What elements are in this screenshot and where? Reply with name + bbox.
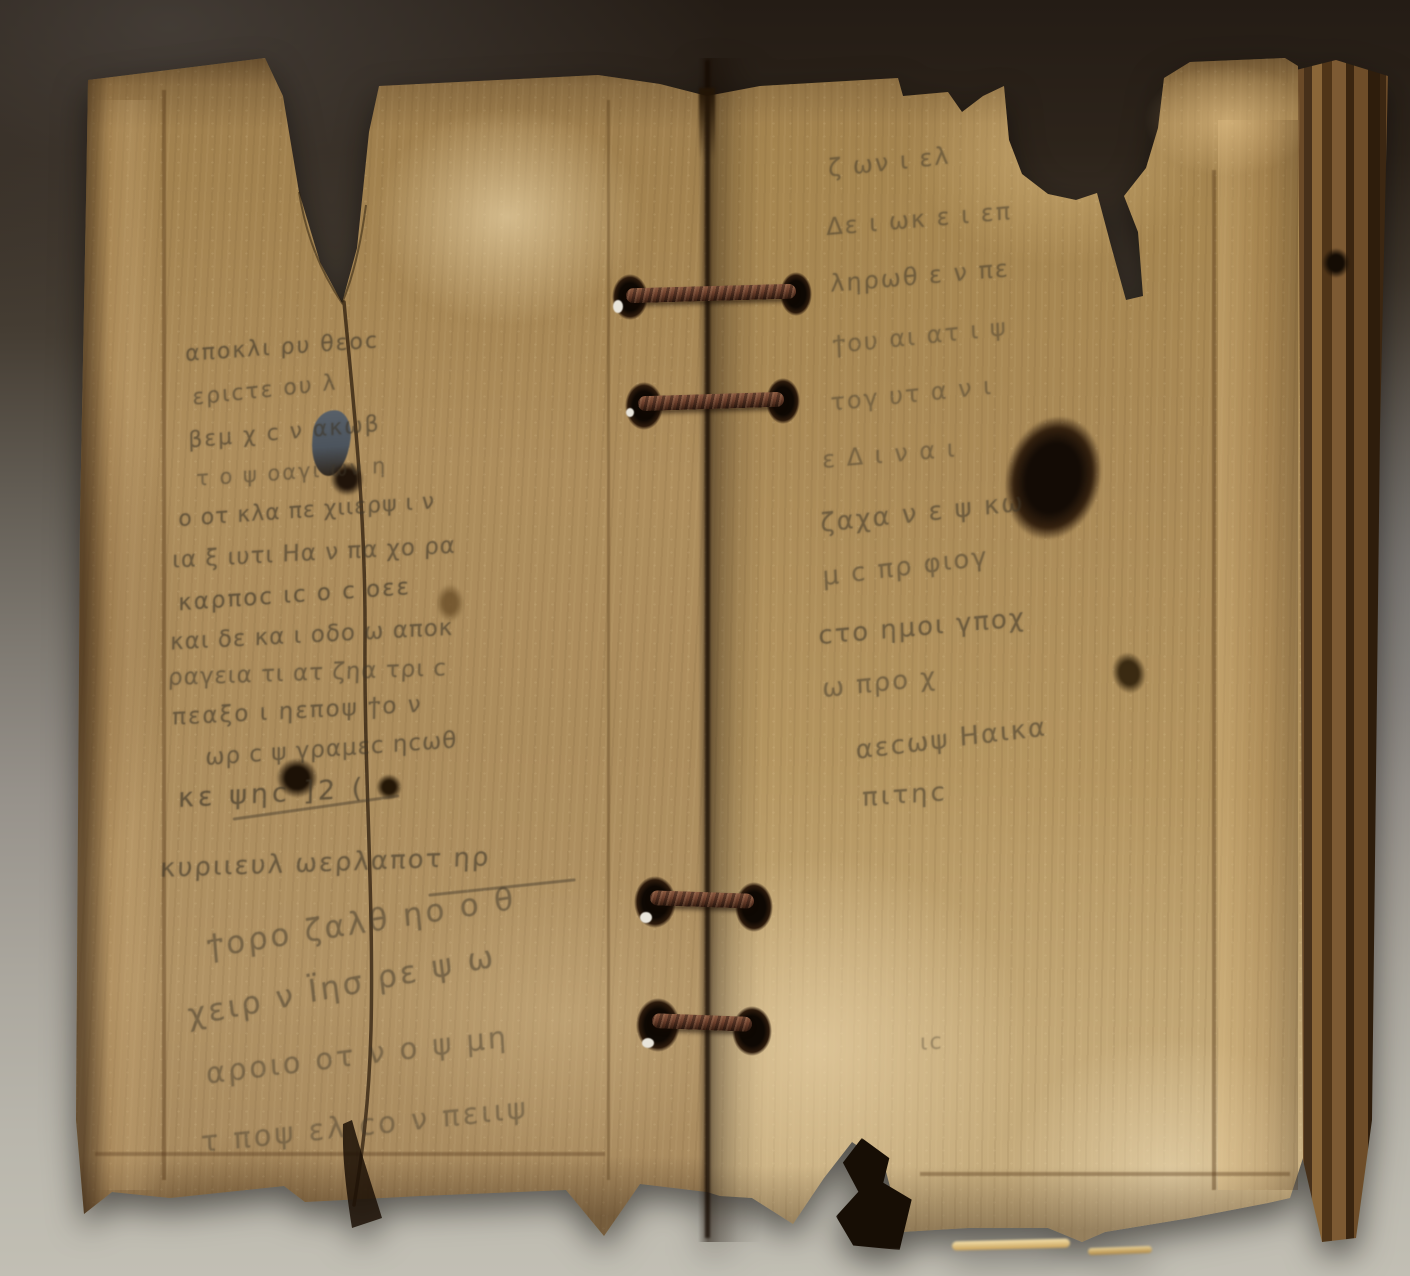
script-line: ιϲ xyxy=(920,1029,943,1056)
cord-hole-highlight xyxy=(626,408,634,417)
codex: αποκλι ρυ θεοϲεριϲτε ου λβεμ χ ϲ ν ακωβτ… xyxy=(0,0,1410,1276)
bottom-edge-shine xyxy=(1088,1246,1152,1255)
gutter-top-notch xyxy=(699,88,715,158)
bottom-edge-shine xyxy=(952,1238,1070,1250)
photo-scene: αποκλι ρυ θεοϲεριϲτε ου λβεμ χ ϲ ν ακωβτ… xyxy=(0,0,1410,1276)
right-board-frame-band xyxy=(1218,120,1298,1190)
right-board-bottom-ridge xyxy=(920,1172,1290,1176)
left-board-frame-band xyxy=(96,100,160,1190)
gutter-seam xyxy=(705,60,710,1238)
edge-hole xyxy=(1322,248,1350,278)
right-board-corner-shine xyxy=(1140,62,1300,192)
cord-hole-highlight xyxy=(613,300,623,313)
cord-hole-highlight xyxy=(640,912,652,923)
script-line: πιτηϲ xyxy=(862,777,948,813)
right-board-frame-ridge xyxy=(1212,170,1216,1190)
left-board-bottom-ridge xyxy=(95,1152,605,1156)
left-board-inner-ridge xyxy=(607,100,610,1180)
cord-hole-highlight xyxy=(642,1038,654,1048)
left-board-frame-ridge xyxy=(162,90,166,1180)
